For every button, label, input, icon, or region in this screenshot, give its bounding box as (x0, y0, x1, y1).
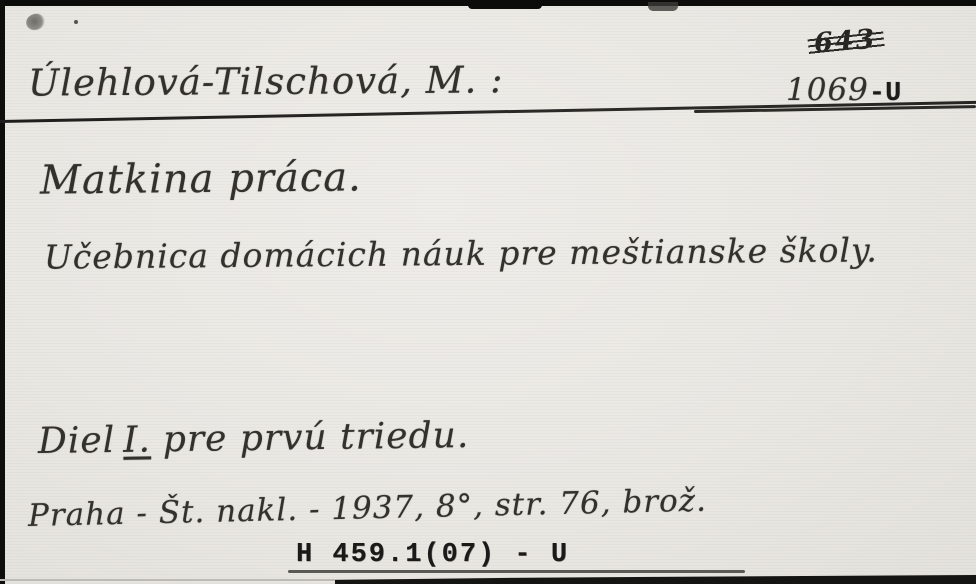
imprint-line: Praha - Št. nakl. - 1937, 8°, str. 76, b… (28, 483, 708, 534)
part-line: DielI.pre prvú triedu. (38, 415, 470, 462)
crossed-out-number: 643 (813, 24, 877, 59)
scan-edge-bottom-band (335, 575, 976, 584)
part-numeral: I. (123, 419, 151, 460)
header-rule (0, 101, 976, 123)
scan-edge-left (0, 0, 5, 584)
author-name: Úlehlová-Tilschová, M. : (28, 58, 504, 104)
classification-underline (288, 570, 745, 573)
part-label: Diel (38, 420, 116, 462)
ink-speck (74, 20, 78, 24)
title-line: Matkina práca. (40, 154, 362, 203)
classification-number: H 459.1(07) - U (296, 540, 569, 570)
catalog-card-scan: Úlehlová-Tilschová, M. : 643 1069-U Matk… (0, 0, 976, 584)
crossed-out-number-wrap: 643 (814, 26, 876, 57)
scan-edge-top-smudge (648, 2, 678, 11)
scan-edge-top-bump (468, 0, 542, 9)
ink-smudge-dot (24, 12, 46, 32)
part-rest: pre prvú triedu. (163, 415, 470, 460)
subtitle-line: Učebnica domácich náuk pre meštianske šk… (44, 230, 878, 276)
